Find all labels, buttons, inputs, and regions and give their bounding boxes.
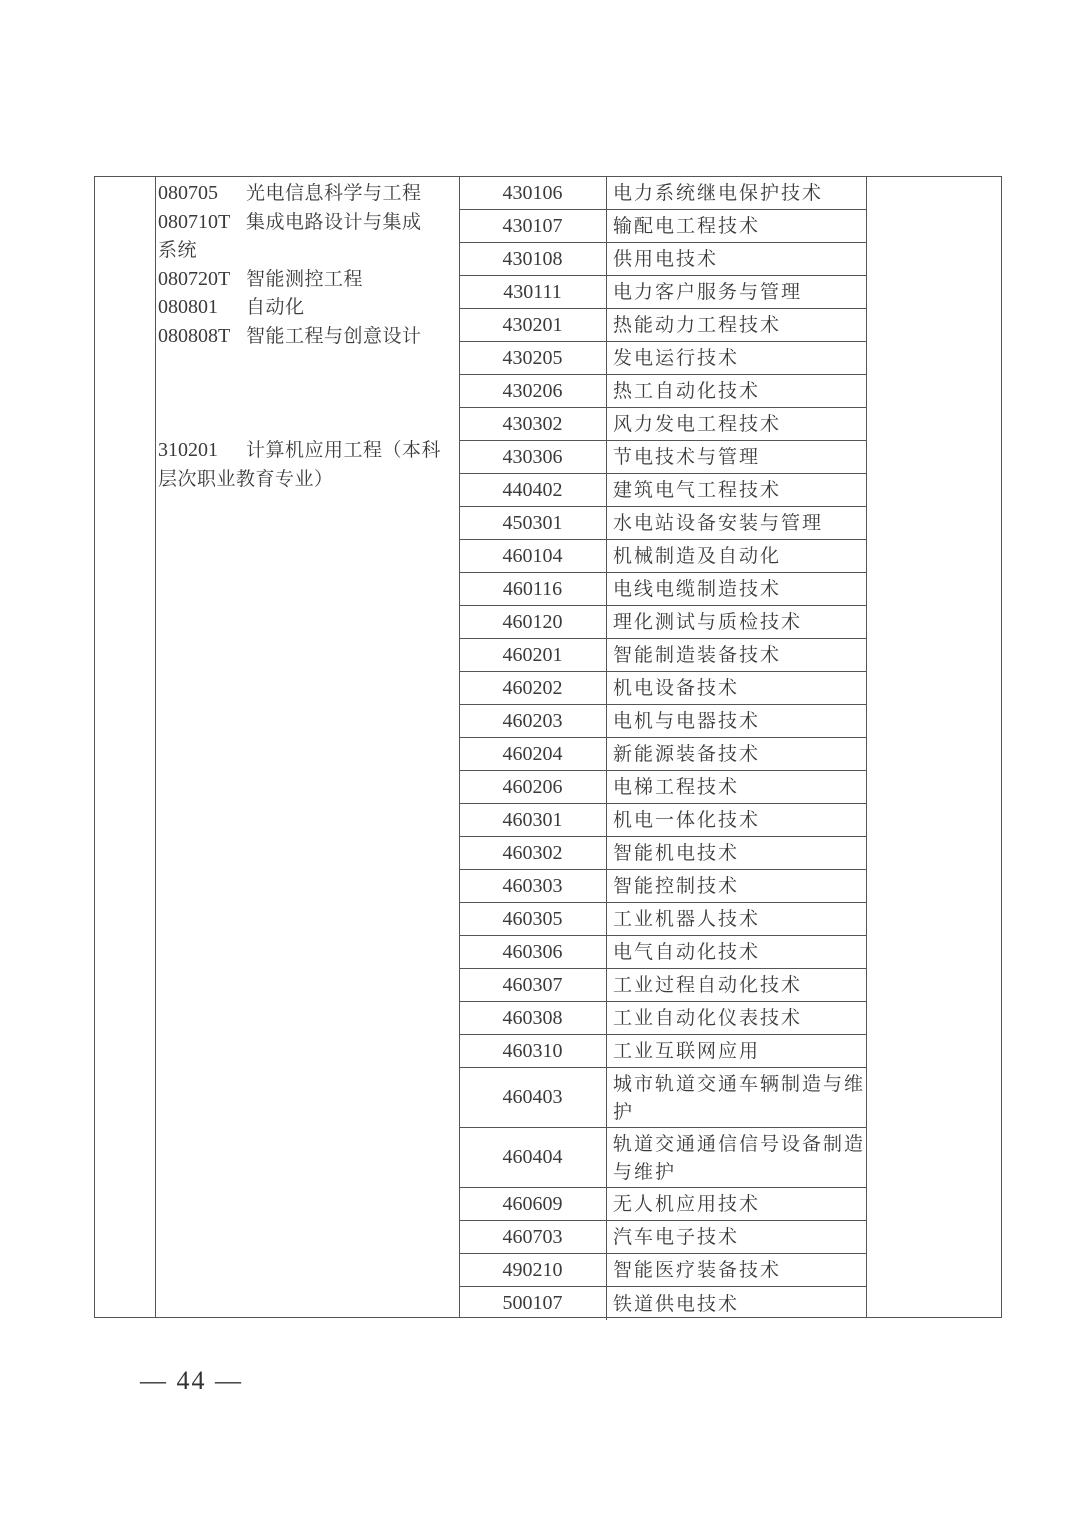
vocational-code: 460308 (459, 1002, 607, 1034)
vocational-name: 城市轨道交通车辆制造与维护 (607, 1068, 866, 1127)
vocational-name: 轨道交通通信信号设备制造与维护 (607, 1128, 866, 1187)
vocational-name: 电梯工程技术 (607, 771, 866, 803)
table-row: 500107铁道供电技术 (459, 1287, 866, 1320)
table-row: 460206电梯工程技术 (459, 771, 866, 804)
major-line: 080705光电信息科学与工程 (158, 179, 460, 208)
table-row: 430201热能动力工程技术 (459, 309, 866, 342)
vocational-code: 430201 (459, 309, 607, 341)
major-line: 080720T智能测控工程 (158, 265, 460, 294)
major-group-b: 310201计算机应用工程（本科层次职业教育专业） (158, 436, 460, 493)
vocational-code: 460201 (459, 639, 607, 671)
major-line: 310201计算机应用工程（本科 (158, 436, 460, 465)
vocational-code: 490210 (459, 1254, 607, 1286)
vocational-name: 铁道供电技术 (607, 1287, 866, 1320)
vocational-name: 热能动力工程技术 (607, 309, 866, 341)
vocational-name: 电力系统继电保护技术 (607, 177, 866, 209)
table-row: 490210智能医疗装备技术 (459, 1254, 866, 1287)
vocational-code: 460202 (459, 672, 607, 704)
major-code: 080801 (158, 293, 246, 322)
table-row: 460306电气自动化技术 (459, 936, 866, 969)
vocational-code: 500107 (459, 1287, 607, 1320)
vocational-name: 机械制造及自动化 (607, 540, 866, 572)
major-group-a: 080705光电信息科学与工程080710T集成电路设计与集成系统080720T… (158, 179, 460, 350)
table-row: 460201智能制造装备技术 (459, 639, 866, 672)
vocational-name: 无人机应用技术 (607, 1188, 866, 1220)
vocational-name: 工业过程自动化技术 (607, 969, 866, 1001)
major-name: 系统 (158, 239, 197, 261)
table-row: 460204新能源装备技术 (459, 738, 866, 771)
vocational-name: 电力客户服务与管理 (607, 276, 866, 308)
vocational-code: 440402 (459, 474, 607, 506)
table-row: 460302智能机电技术 (459, 837, 866, 870)
vocational-code: 460301 (459, 804, 607, 836)
table-row: 460308工业自动化仪表技术 (459, 1002, 866, 1035)
table-row: 460307工业过程自动化技术 (459, 969, 866, 1002)
table-row: 460301机电一体化技术 (459, 804, 866, 837)
table-row: 460404轨道交通通信信号设备制造与维护 (459, 1128, 866, 1188)
major-code: 080710T (158, 208, 246, 237)
table-row: 460120理化测试与质检技术 (459, 606, 866, 639)
vocational-code: 460305 (459, 903, 607, 935)
major-name: 智能测控工程 (246, 268, 363, 290)
vocational-code: 460307 (459, 969, 607, 1001)
vocational-code: 460203 (459, 705, 607, 737)
table-row: 460104机械制造及自动化 (459, 540, 866, 573)
table-row: 460305工业机器人技术 (459, 903, 866, 936)
table-row: 430107输配电工程技术 (459, 210, 866, 243)
table-row: 430108供用电技术 (459, 243, 866, 276)
table-row: 430205发电运行技术 (459, 342, 866, 375)
major-name: 计算机应用工程（本科 (246, 439, 441, 461)
vocational-code: 460302 (459, 837, 607, 869)
vocational-name: 建筑电气工程技术 (607, 474, 866, 506)
major-name: 光电信息科学与工程 (246, 182, 422, 204)
vocational-code: 460609 (459, 1188, 607, 1220)
vocational-name: 工业机器人技术 (607, 903, 866, 935)
vocational-code: 460703 (459, 1221, 607, 1253)
vocational-code: 430108 (459, 243, 607, 275)
major-code: 080720T (158, 265, 246, 294)
vocational-name: 智能控制技术 (607, 870, 866, 902)
vocational-code: 430107 (459, 210, 607, 242)
table-row: 430302风力发电工程技术 (459, 408, 866, 441)
major-line: 层次职业教育专业） (158, 465, 460, 494)
vocational-code: 450301 (459, 507, 607, 539)
vocational-name: 电气自动化技术 (607, 936, 866, 968)
vocational-code: 460120 (459, 606, 607, 638)
major-line: 080808T智能工程与创意设计 (158, 322, 460, 351)
major-name: 自动化 (246, 296, 305, 318)
major-line: 080710T集成电路设计与集成 (158, 208, 460, 237)
vocational-code: 460206 (459, 771, 607, 803)
table-row: 440402建筑电气工程技术 (459, 474, 866, 507)
vocational-name: 工业自动化仪表技术 (607, 1002, 866, 1034)
vocational-name: 输配电工程技术 (607, 210, 866, 242)
page-number: — 44 — (140, 1366, 243, 1396)
vocational-code: 430106 (459, 177, 607, 209)
vocational-name: 汽车电子技术 (607, 1221, 866, 1253)
major-code: 080808T (158, 322, 246, 351)
vocational-name: 风力发电工程技术 (607, 408, 866, 440)
vocational-code: 460104 (459, 540, 607, 572)
vocational-name: 机电一体化技术 (607, 804, 866, 836)
vocational-name: 智能机电技术 (607, 837, 866, 869)
table-row: 460703汽车电子技术 (459, 1221, 866, 1254)
table-row: 430106电力系统继电保护技术 (459, 177, 866, 210)
major-name: 智能工程与创意设计 (246, 325, 422, 347)
table-row: 460403城市轨道交通车辆制造与维护 (459, 1068, 866, 1128)
column-divider (866, 177, 867, 1317)
vocational-name: 供用电技术 (607, 243, 866, 275)
table-row: 430111电力客户服务与管理 (459, 276, 866, 309)
table-row: 460609无人机应用技术 (459, 1188, 866, 1221)
vocational-code: 460306 (459, 936, 607, 968)
vocational-code: 460403 (459, 1068, 607, 1127)
vocational-code: 460404 (459, 1128, 607, 1187)
vocational-name: 智能医疗装备技术 (607, 1254, 866, 1286)
vocational-name: 水电站设备安装与管理 (607, 507, 866, 539)
vocational-name: 热工自动化技术 (607, 375, 866, 407)
vocational-name: 新能源装备技术 (607, 738, 866, 770)
major-line: 系统 (158, 236, 460, 265)
table-row: 430206热工自动化技术 (459, 375, 866, 408)
vocational-name: 发电运行技术 (607, 342, 866, 374)
vocational-name: 电线电缆制造技术 (607, 573, 866, 605)
vocational-code: 460303 (459, 870, 607, 902)
major-name: 层次职业教育专业） (158, 468, 334, 490)
vocational-name: 理化测试与质检技术 (607, 606, 866, 638)
table-row: 460203电机与电器技术 (459, 705, 866, 738)
table-row: 460116电线电缆制造技术 (459, 573, 866, 606)
vocational-code: 430306 (459, 441, 607, 473)
vocational-name: 节电技术与管理 (607, 441, 866, 473)
table-row: 460310工业互联网应用 (459, 1035, 866, 1068)
vocational-name: 智能制造装备技术 (607, 639, 866, 671)
vocational-majors-list: 430106电力系统继电保护技术430107输配电工程技术430108供用电技术… (459, 177, 866, 1320)
major-code: 310201 (158, 436, 246, 465)
table-row: 430306节电技术与管理 (459, 441, 866, 474)
undergraduate-majors-cell: 080705光电信息科学与工程080710T集成电路设计与集成系统080720T… (156, 177, 460, 493)
vocational-code: 430302 (459, 408, 607, 440)
table-row: 460303智能控制技术 (459, 870, 866, 903)
vocational-name: 机电设备技术 (607, 672, 866, 704)
major-table: 080705光电信息科学与工程080710T集成电路设计与集成系统080720T… (94, 176, 1002, 1318)
vocational-name: 工业互联网应用 (607, 1035, 866, 1067)
major-code: 080705 (158, 179, 246, 208)
vocational-code: 430205 (459, 342, 607, 374)
table-row: 450301水电站设备安装与管理 (459, 507, 866, 540)
vocational-code: 430206 (459, 375, 607, 407)
vocational-code: 430111 (459, 276, 607, 308)
vocational-code: 460116 (459, 573, 607, 605)
vocational-name: 电机与电器技术 (607, 705, 866, 737)
table-row: 460202机电设备技术 (459, 672, 866, 705)
vocational-code: 460204 (459, 738, 607, 770)
vocational-code: 460310 (459, 1035, 607, 1067)
major-name: 集成电路设计与集成 (246, 211, 422, 233)
major-line: 080801自动化 (158, 293, 460, 322)
